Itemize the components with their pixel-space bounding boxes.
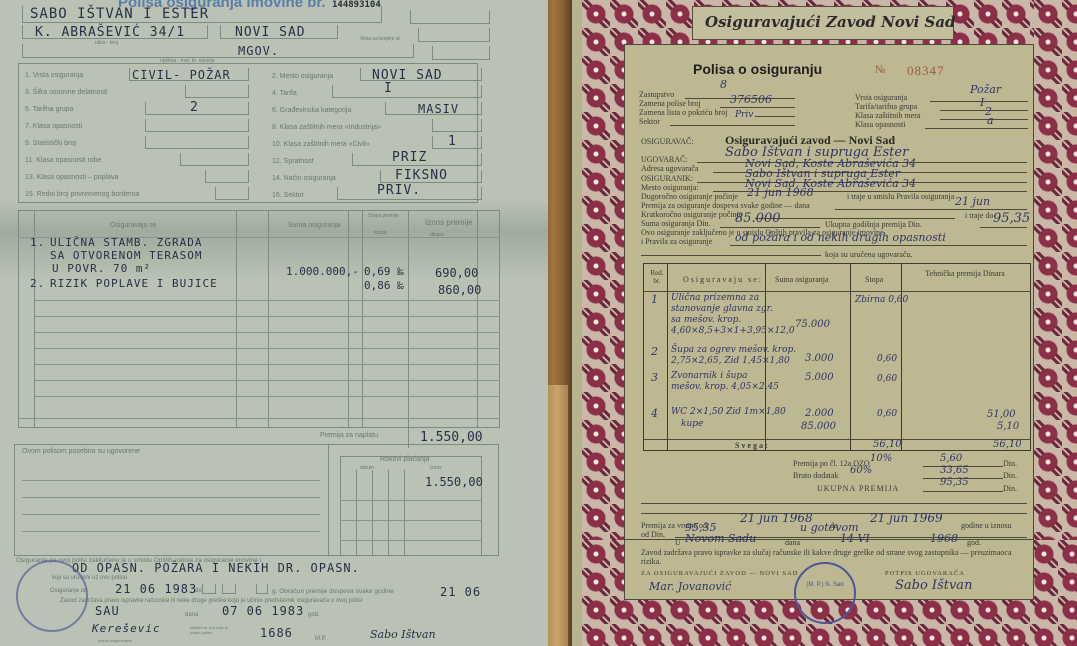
col-divider <box>356 470 357 556</box>
policy-number: 08347 <box>907 63 945 79</box>
sum-value: 85.000 <box>735 211 781 226</box>
field-label: 15. Redni broj privremenog borderoa <box>25 191 139 198</box>
replaced-policy-label: Zamena polise broj <box>639 99 701 108</box>
period-suffix: godine u iznosu <box>961 521 1012 530</box>
header-premium: Tehnička premija Dinara <box>905 269 1025 278</box>
field-box[interactable] <box>145 119 249 132</box>
round-stamp <box>16 560 88 632</box>
row-1-premium: 690,00 <box>435 266 478 280</box>
row-line <box>340 520 482 521</box>
field-underline <box>755 218 955 219</box>
row-line <box>34 316 500 317</box>
period-to-day[interactable] <box>202 584 216 594</box>
place: SAU <box>95 604 120 618</box>
total-premium-currency: Din. <box>1003 484 1017 493</box>
hazard-class-label: Klasa opasnosti <box>855 120 905 129</box>
row-3-line-1: Zvonarnik i šupa <box>671 371 748 381</box>
due-label: Premija za osiguranje dospeva svake godi… <box>641 201 810 210</box>
row-2-number: 2 <box>651 345 658 358</box>
total-rate: 56,10 <box>873 439 902 450</box>
total-label: Svega: <box>735 441 770 450</box>
policy-number-prefix: № <box>875 64 886 76</box>
ozo-value: 5,60 <box>940 453 962 464</box>
place-value: Novom Sadu <box>685 532 756 545</box>
payment-terms-box <box>340 456 482 556</box>
row-1-number: 1 <box>651 293 658 306</box>
subtotal-premium: 5,10 <box>997 421 1019 432</box>
row-1-rate: 0,69 ‰ <box>364 265 404 278</box>
field-underline <box>980 227 1027 228</box>
field-row: 1. Vrsta osiguranja CIVIL- POŽAR <box>25 68 255 85</box>
row-3-line-2: mešov. krop. 4,05×2,45 <box>671 382 779 392</box>
field-row: 11. Klasa opasnosti robe <box>25 153 255 170</box>
replaced-policy-value: 376506 <box>730 93 772 106</box>
header-item: Osiguravaju se: <box>683 275 763 284</box>
field-box[interactable] <box>432 136 482 149</box>
insurance-type-value: Požar <box>970 83 1001 96</box>
row-4-line-1: WC 2×1,50 Zid 1m×1,80 <box>671 407 786 417</box>
agency-value: 8 <box>720 78 727 91</box>
agent-no-label: Matični br. lica koje je izdalo polisu <box>190 625 235 635</box>
insurer-label: OSIGURAVAČ: <box>641 137 694 146</box>
company-banner: Osiguravajući Zavod Novi Sad <box>692 6 954 40</box>
row-4-number: 4 <box>651 407 658 420</box>
row-2-rate: 0,86 ‰ <box>364 279 404 292</box>
place-prefix: U <box>675 538 681 547</box>
field-underline <box>730 245 1027 246</box>
row-2-line-2: 2,75×2,65, Zid 1,45×1,80 <box>671 356 790 366</box>
amount-label: od Din. <box>641 530 665 539</box>
right-policy-form: Osiguravajući Zavod Novi Sad Polisa o os… <box>572 0 1077 646</box>
header-rate-sub: stopa <box>374 230 386 236</box>
field-row: 2. Mesto osiguranja NOVI SAD <box>272 68 477 85</box>
date-label: dana <box>185 612 198 618</box>
field-row: 9. Statistički broj <box>25 136 255 153</box>
period-to: 21 jun 1969 <box>870 511 943 525</box>
field-label: 6. Građevinska kategorija <box>272 107 351 114</box>
fields-left-column: 1. Vrsta osiguranja CIVIL- POŽAR 3. Šifr… <box>25 68 255 204</box>
header-item: Osiguravaju se <box>110 222 157 229</box>
row-4-rate: 0,60 <box>877 409 897 419</box>
contractor-address-label: Adresa ugovarača <box>641 164 699 173</box>
row-2-rate: 0,60 <box>877 354 897 364</box>
field-box[interactable] <box>385 102 482 115</box>
field-row: 5. Tarifna grupa 2 <box>25 102 255 119</box>
row-1-line-1: ULIČNA STAMB. ZGRADA <box>50 236 202 249</box>
tariff-label: Tarifa/tarifna grupa <box>855 102 917 111</box>
field-row: 3. Šifra osnovne delatnosti <box>25 85 255 102</box>
field-label: 3. Šifra osnovne delatnosti <box>25 89 108 96</box>
agent-name: Kereševic <box>92 622 161 635</box>
field-box[interactable] <box>185 85 249 98</box>
long-term-suffix: i traje u smislu Pravila osiguranja <box>847 192 954 201</box>
gross-label: Bruto dodatak <box>793 471 839 480</box>
gross-value: 33,65 <box>940 465 969 476</box>
header-rate: Stopa premije <box>368 213 399 219</box>
row-2-premium: 860,00 <box>438 283 481 297</box>
row-line <box>34 380 500 381</box>
annual-premium-value: 95,35 <box>993 211 1030 226</box>
field-box[interactable] <box>432 119 482 132</box>
row-2-sum: 3.000 <box>805 353 834 364</box>
year-value: 1968 <box>930 532 958 545</box>
municipality-box <box>22 44 414 58</box>
col-divider <box>372 470 373 556</box>
field-row: 13. Klasa opasnosti – poplava <box>25 170 255 187</box>
row-4-premium: 51,00 <box>987 409 1016 420</box>
contractor-signature: Sabo Ištvan <box>895 578 972 593</box>
period-to-year[interactable] <box>256 584 268 594</box>
row-1-rate: Zbirna 0,60 <box>855 295 908 305</box>
payment-terms-label: Rokovi plaćanja <box>380 456 429 463</box>
due-value: 21 jun <box>955 195 990 208</box>
terms-text-2: i Pravila za osiguranje <box>641 237 712 246</box>
period-to-label: do <box>195 588 202 594</box>
row-line <box>34 348 500 349</box>
field-box[interactable] <box>337 187 482 200</box>
col-divider <box>388 470 389 556</box>
date-suffix: god. <box>308 612 320 618</box>
sum-label: Suma osiguranja Din. <box>641 219 711 228</box>
policy-title: Polisa o osiguranju <box>693 61 822 77</box>
company-name: Osiguravajući Zavod Novi Sad <box>705 13 956 31</box>
field-label: 9. Statistički broj <box>25 140 76 147</box>
field-row: 15. Redni broj privremenog borderoa <box>25 187 255 204</box>
date: 07 06 1983 <box>222 604 304 618</box>
blank-line <box>22 480 320 481</box>
row-3-sum: 5.000 <box>805 372 834 383</box>
ref-box-3 <box>432 46 490 60</box>
stamp-text: (M. P.) N. Sad <box>806 582 843 588</box>
blank-line <box>22 497 320 498</box>
protection-class-label: Klasa zaštitnih mera <box>855 111 920 120</box>
row-1-line-3: sa mešov. krop. <box>671 315 741 325</box>
left-policy-form: Polisa osiguranja imovine br. 144893104 … <box>0 0 548 646</box>
row-line <box>18 418 500 419</box>
field-row: 14. Način osiguranja FIKSNO <box>272 170 477 187</box>
long-term-label: Dugoročno osiguranje počinje <box>641 192 738 201</box>
blank-line <box>22 514 320 515</box>
col-divider <box>404 470 405 556</box>
field-row: 4. Tarifa I <box>272 85 477 102</box>
short-term-label: Kratkoročno osiguranje počinje <box>641 210 742 219</box>
separator <box>641 503 1027 504</box>
round-stamp: (M. P.) N. Sad <box>794 562 856 624</box>
date-label: dana <box>785 538 800 547</box>
agent-number: 1686 <box>260 626 293 640</box>
period-suffix: g. Obračun premije dospeva svake godine <box>272 588 394 595</box>
row-1-number: 1. <box>30 236 45 249</box>
field-underline <box>923 491 1003 492</box>
ozo-pct: 10% <box>870 453 892 464</box>
col-divider <box>328 444 329 556</box>
field-row: 7. Klasa opasnosti <box>25 119 255 136</box>
header-premium-sub: dinara <box>430 232 444 238</box>
row-1-line-2: SA OTVORENOM TERASOM <box>50 249 202 262</box>
gross-currency: Din. <box>1003 471 1017 480</box>
field-label: 11. Klasa opasnosti robe <box>25 157 102 164</box>
long-term-value: 21 jun 1968 <box>747 186 814 199</box>
blank-line <box>22 531 320 532</box>
period-from: 21 06 1983 <box>115 582 197 596</box>
year-suffix: god. <box>967 538 981 547</box>
row-1-line-1: Ulična prizemna za <box>671 293 759 303</box>
field-box[interactable] <box>145 102 249 115</box>
row-1-sum: 1.000.000,- <box>286 265 359 278</box>
period-to-month[interactable] <box>222 584 236 594</box>
field-box[interactable] <box>360 68 482 81</box>
contractor-label: UGOVARAČ: <box>641 155 688 164</box>
ref-box-1 <box>410 10 490 24</box>
header-sum: Suma osiguranja <box>288 222 341 229</box>
field-box[interactable] <box>380 170 482 183</box>
row-line <box>34 364 500 365</box>
field-label: 4. Tarifa <box>272 90 297 97</box>
field-box[interactable] <box>180 153 249 166</box>
total-premium-label: UKUPNA PREMIJA <box>817 484 899 493</box>
ref-label: Veza sa brojem st. <box>360 36 401 42</box>
field-box[interactable] <box>145 136 249 149</box>
row-1-line-3: U POVR. 70 m² <box>52 262 151 275</box>
field-underline <box>720 107 795 108</box>
terms-suffix: koja su uručena ugovaraču. <box>825 250 913 259</box>
header-divider <box>643 291 1031 292</box>
field-underline <box>755 116 795 117</box>
date-value: 14 VI <box>840 532 870 545</box>
field-box[interactable] <box>352 153 482 166</box>
field-label: 5. Tarifna grupa <box>25 106 74 113</box>
header-premium: Iznos premije <box>425 218 473 227</box>
row-4-line-2: kupe <box>681 419 703 429</box>
sector-value: Priv <box>735 110 753 120</box>
total-value: 1.550,00 <box>420 430 483 445</box>
subtotal-sum: 85.000 <box>801 421 836 432</box>
payment-amount: 1.550,00 <box>425 475 483 489</box>
field-underline <box>940 119 1028 120</box>
field-label: 8. Klasa zaštitnih mera «Industrija» <box>272 124 381 131</box>
field-box[interactable] <box>215 187 249 200</box>
ozo-currency: Din. <box>1003 459 1017 468</box>
field-label: 10. Klasa zaštitnih mera «Civil» <box>272 141 370 148</box>
field-underline <box>930 101 1028 102</box>
field-row: 10. Klasa zaštitnih mera «Civil» 1 <box>272 136 477 153</box>
field-row: 6. Građevinska kategorija MASIV <box>272 102 477 119</box>
row-2-number: 2. <box>30 277 45 290</box>
row-1-sum: 75.000 <box>795 319 830 330</box>
field-label: 14. Način osiguranja <box>272 175 336 182</box>
company-sign-label: ZA OSIGURAVAJUĆI ZAVOD — NOVI SAD <box>641 570 798 577</box>
short-term-suffix: i traje do <box>965 211 993 220</box>
field-row: 8. Klasa zaštitnih mera «Industrija» <box>272 119 477 136</box>
agency-label: Zastupstvo <box>639 90 674 99</box>
total-premium: 56,10 <box>993 439 1022 450</box>
row-line <box>34 396 500 397</box>
row-line <box>340 540 482 541</box>
row-line <box>340 500 482 501</box>
tariff-value: I <box>980 96 984 109</box>
row-line <box>34 300 500 301</box>
field-underline <box>670 125 795 126</box>
total-divider <box>643 439 1031 440</box>
header-sum: Suma osiguranja <box>775 275 829 284</box>
policy-body: Polisa o osiguranju № 08347 Zastupstvo 8… <box>624 44 1034 540</box>
field-label: 1. Vrsta osiguranja <box>25 72 83 79</box>
field-row: 16. Sektor PRIV. <box>272 187 477 204</box>
row-3-rate: 0,60 <box>877 374 897 384</box>
insurance-type-label: Vrsta osiguranja <box>855 93 907 102</box>
clause-handwritten: OD OPASN. POŽARA I NEKIH DR. OPASN. <box>72 561 360 575</box>
field-underline <box>925 128 1028 129</box>
header-rate: Stopa <box>865 275 883 284</box>
row-3-number: 3 <box>651 371 658 384</box>
field-box[interactable] <box>332 85 482 98</box>
total-premium-value: 95,35 <box>940 477 969 488</box>
total-label: Premija za naplatu <box>320 432 378 439</box>
city-box <box>220 25 338 39</box>
row-1-line-4: 4,60×8,5+3×1+3,95×12,0 <box>671 326 795 336</box>
due-date: 21 06 <box>440 585 481 599</box>
sector-label: Sektor <box>639 117 660 126</box>
header-no: Red. br. <box>647 269 667 285</box>
mp-label: M.P. <box>315 636 327 642</box>
field-label: 7. Klasa opasnosti <box>25 123 82 130</box>
company-signature: Mar. Jovanović <box>649 580 731 593</box>
fields-right-column: 2. Mesto osiguranja NOVI SAD 4. Tarifa I… <box>272 68 477 204</box>
terms-handwritten: od požara i od nekih drugih opasnosti <box>735 231 946 244</box>
field-label: 13. Klasa opasnosti – poplava <box>25 174 118 181</box>
row-1-line-2: stanovanje glavna zgr. <box>671 304 773 314</box>
row-2-line-1: Šupa za ogrev mešov. krop. <box>671 345 796 355</box>
payment-amount-label: iznos <box>430 465 442 471</box>
replaced-cover-label: Zamena lista o pokriću broj <box>639 108 727 117</box>
gross-pct: 60% <box>850 465 872 476</box>
contractor-sign-label: POTPIS UGOVARAČA <box>885 570 965 577</box>
row-line <box>34 332 500 333</box>
agent-label: potpis osiguravača <box>98 638 131 643</box>
field-underline <box>940 110 1028 111</box>
hazard-class-value: a <box>987 114 994 127</box>
row-4-sum: 2.000 <box>805 408 834 419</box>
special-terms-label: Ovom polisom posebno su ugovorene <box>22 448 140 455</box>
field-label: 2. Mesto osiguranja <box>272 73 333 80</box>
field-box[interactable] <box>129 68 249 81</box>
ref-box-2 <box>418 28 490 42</box>
insured-label: OSIGURANIK: <box>641 174 693 183</box>
wooden-surface-light <box>546 385 568 646</box>
row-2-line-1: RIZIK POPLAVE I BUJICE <box>50 277 218 290</box>
separator <box>641 513 1027 514</box>
field-underline <box>641 255 821 256</box>
insured-name-box <box>22 6 382 23</box>
location-label: Mesto osiguranja: <box>641 183 699 192</box>
field-label: 16. Sektor <box>272 192 304 199</box>
street-box <box>22 25 208 39</box>
field-underline <box>835 209 1027 210</box>
field-box[interactable] <box>205 170 249 183</box>
field-label: 12. Spratnost <box>272 158 314 165</box>
signature: Sabo Ištvan <box>370 628 436 641</box>
